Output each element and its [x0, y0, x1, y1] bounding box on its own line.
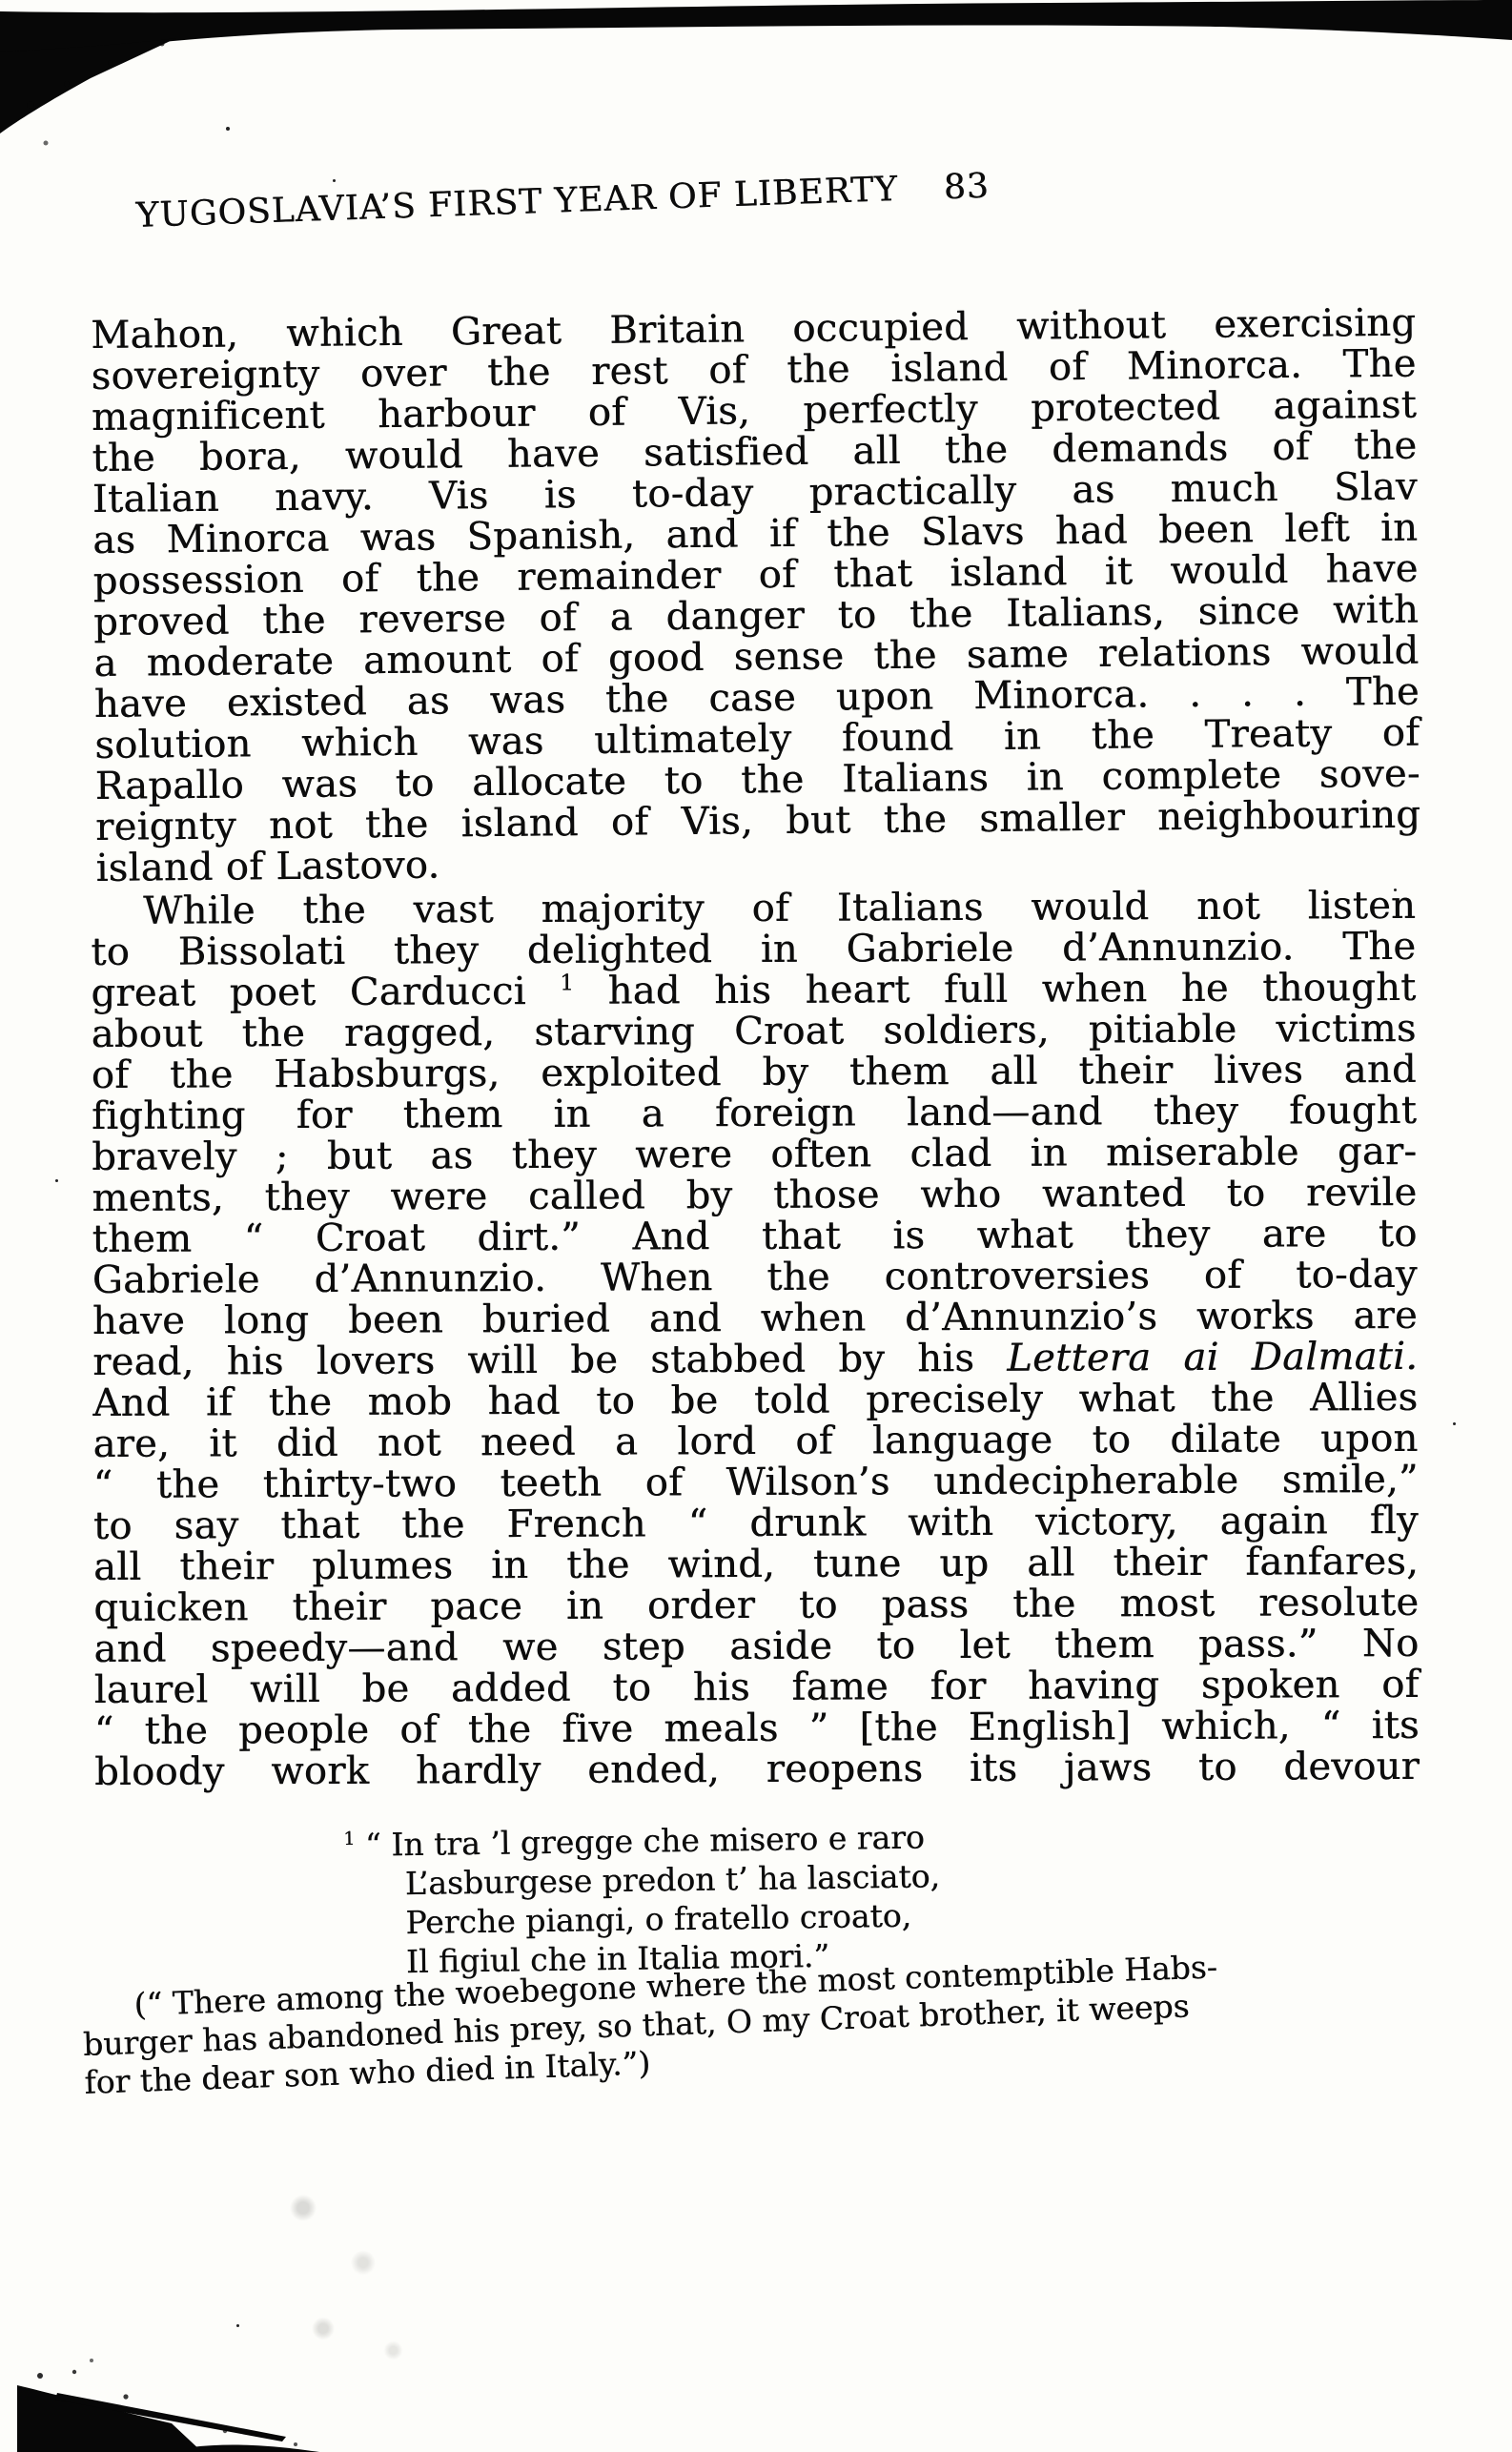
text-segment: great poet Carducci	[91, 970, 560, 1015]
page-header: YUGOSLAVIA’S FIRST YEAR OF LIBERTY83	[135, 167, 990, 235]
footnote-reference: 1	[343, 1828, 355, 1849]
page-number: 83	[943, 167, 990, 208]
scan-speckle	[1453, 1422, 1456, 1425]
text-segment: had his heart full when he thought	[574, 966, 1416, 1013]
footnote-translation: (“ There among the woebegone where the m…	[81, 1941, 1423, 2102]
paragraph-1: Mahon, which Great Britain occupied with…	[91, 303, 1421, 889]
scan-artifact-top	[0, 0, 1512, 191]
scan-speckle	[333, 179, 336, 182]
scan-speckle	[55, 1179, 58, 1182]
text-line: bloody work hardly ended, reopens its ja…	[94, 1747, 1420, 1793]
text-segment: Lettera ai Dalmati.	[1007, 1335, 1418, 1380]
scan-speckle	[236, 2324, 239, 2327]
text-line: island of Lastovo.	[95, 836, 1420, 889]
paragraph-2: While the vast majority of Italians woul…	[91, 886, 1420, 1793]
footnote-reference: 1	[560, 970, 574, 995]
scan-smudge	[243, 2164, 443, 2383]
running-title: YUGOSLAVIA’S FIRST YEAR OF LIBERTY	[135, 170, 899, 235]
scanned-book-page: YUGOSLAVIA’S FIRST YEAR OF LIBERTY83 Mah…	[0, 0, 1512, 2452]
scan-speckle	[226, 127, 230, 131]
text-segment: “ In tra ’l gregge che misero e raro	[355, 1818, 925, 1863]
